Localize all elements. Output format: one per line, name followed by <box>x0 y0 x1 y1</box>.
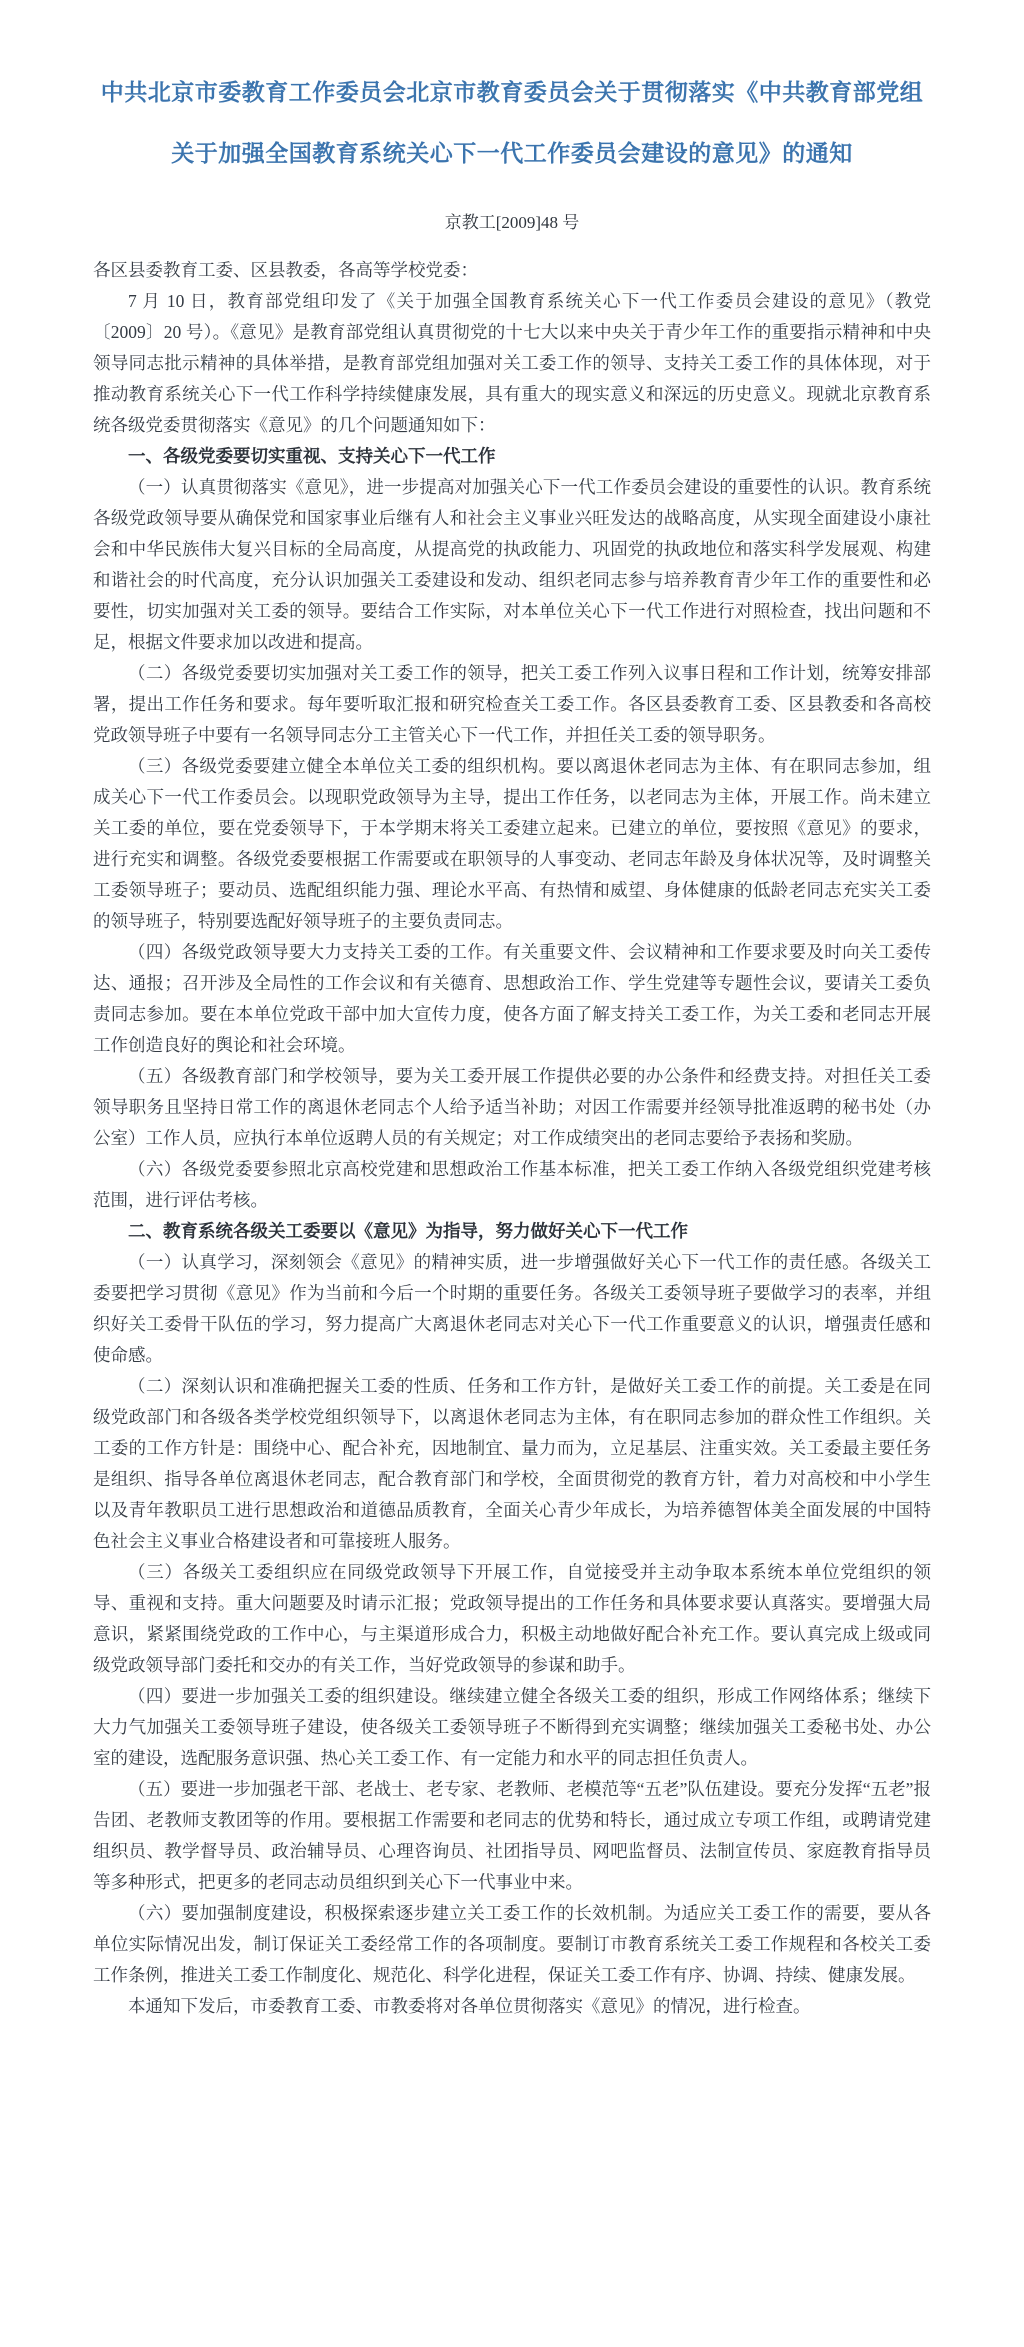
document-title: 中共北京市委教育工作委员会北京市教育委员会关于贯彻落实《中共教育部党组关于加强全… <box>93 62 931 184</box>
paragraph: （一）认真学习，深刻领会《意见》的精神实质，进一步增强做好关心下一代工作的责任感… <box>93 1247 931 1371</box>
paragraph: （六）要加强制度建设，积极探索逐步建立关工委工作的长效机制。为适应关工委工作的需… <box>93 1898 931 1991</box>
document-page: 中共北京市委教育工作委员会北京市教育委员会关于贯彻落实《中共教育部党组关于加强全… <box>93 0 931 2192</box>
paragraph: （二）各级党委要切实加强对关工委工作的领导，把关工委工作列入议事日程和工作计划，… <box>93 658 931 751</box>
paragraph: （五）各级教育部门和学校领导，要为关工委开展工作提供必要的办公条件和经费支持。对… <box>93 1061 931 1154</box>
paragraph: （三）各级党委要建立健全本单位关工委的组织机构。要以离退休老同志为主体、有在职同… <box>93 751 931 937</box>
paragraph: （二）深刻认识和准确把握关工委的性质、任务和工作方针，是做好关工委工作的前提。关… <box>93 1371 931 1557</box>
document-number: 京教工[2009]48 号 <box>93 208 931 233</box>
paragraph: 7 月 10 日，教育部党组印发了《关于加强全国教育系统关心下一代工作委员会建设… <box>93 286 931 441</box>
paragraph: （四）要进一步加强关工委的组织建设。继续建立健全各级关工委的组织，形成工作网络体… <box>93 1681 931 1774</box>
document-body: 各区县委教育工委、区县教委，各高等学校党委： 7 月 10 日，教育部党组印发了… <box>93 255 931 2022</box>
section-1-heading: 一、各级党委要切实重视、支持关心下一代工作 <box>93 441 931 472</box>
section-2-heading: 二、教育系统各级关工委要以《意见》为指导，努力做好关心下一代工作 <box>93 1216 931 1247</box>
paragraph: （三）各级关工委组织应在同级党政领导下开展工作，自觉接受并主动争取本系统本单位党… <box>93 1557 931 1681</box>
closing-paragraph: 本通知下发后，市委教育工委、市教委将对各单位贯彻落实《意见》的情况，进行检查。 <box>93 1991 931 2022</box>
paragraph: （四）各级党政领导要大力支持关工委的工作。有关重要文件、会议精神和工作要求要及时… <box>93 937 931 1061</box>
salutation-line: 各区县委教育工委、区县教委，各高等学校党委： <box>93 255 931 286</box>
paragraph: （六）各级党委要参照北京高校党建和思想政治工作基本标准，把关工委工作纳入各级党组… <box>93 1154 931 1216</box>
paragraph: （五）要进一步加强老干部、老战士、老专家、老教师、老模范等“五老”队伍建设。要充… <box>93 1774 931 1898</box>
paragraph: （一）认真贯彻落实《意见》，进一步提高对加强关心下一代工作委员会建设的重要性的认… <box>93 472 931 658</box>
